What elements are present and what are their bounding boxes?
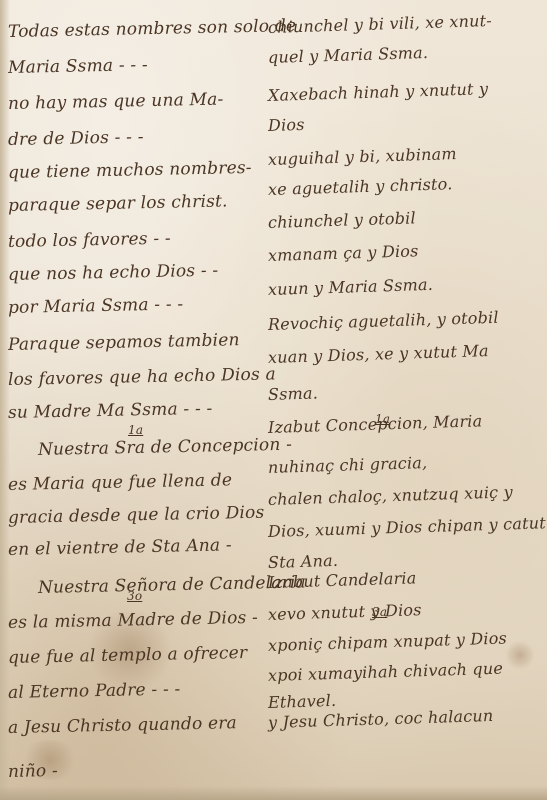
- manuscript-line-right: Dios: [268, 115, 305, 135]
- ordinal-mark: 3a: [372, 605, 547, 619]
- manuscript-line-left: Maria Ssma - - -: [8, 55, 148, 78]
- manuscript-line-right: nuhinaç chi gracia,: [268, 453, 428, 477]
- manuscript-line-left: gracia desde que la crio Dios: [8, 503, 265, 528]
- manuscript-line-right: xuan y Dios, xe y xutut Ma: [268, 341, 489, 367]
- manuscript-line-left: que tiene muchos nombres-: [8, 158, 252, 183]
- manuscript-line-left: es la misma Madre de Dios -: [8, 608, 258, 633]
- manuscript-line-left: que fue al templo a ofrecer: [8, 643, 248, 668]
- ink-stain: [505, 640, 535, 670]
- manuscript-line-right: Ssma.: [268, 383, 319, 404]
- manuscript-line-right: Dios, xuumi y Dios chipan y catut: [268, 513, 546, 541]
- manuscript-line-left: Nuestra Sra de Concepcion -: [38, 435, 292, 460]
- manuscript-page: Todas estas nombres son solo deMaria Ssm…: [0, 0, 547, 800]
- manuscript-line-right: chalen chaloç, xnutzuq xuiç y: [268, 482, 513, 509]
- manuscript-line-right: Ethavel.: [268, 691, 337, 712]
- manuscript-line-right: xponiç chipam xnupat y Dios: [268, 628, 508, 654]
- manuscript-line-left: no hay mas que una Ma-: [8, 89, 224, 114]
- manuscript-line-right: xuun y Maria Ssma.: [268, 275, 434, 299]
- manuscript-line-left: los favores que ha echo Dios a: [8, 364, 276, 390]
- manuscript-line-left: Paraque sepamos tambien: [8, 330, 240, 355]
- manuscript-line-right: xuguihal y bi, xubinam: [268, 144, 457, 169]
- manuscript-line-left: por Maria Ssma - - -: [8, 294, 184, 318]
- manuscript-line-right: Xaxebach hinah y xnutut y: [268, 79, 489, 105]
- manuscript-line-left: en el vientre de Sta Ana -: [8, 535, 232, 560]
- manuscript-line-right: quel y Maria Ssma.: [268, 43, 429, 67]
- manuscript-line-left: paraque separ los christ.: [8, 191, 228, 216]
- manuscript-line-left: dre de Dios - - -: [8, 127, 144, 150]
- manuscript-line-left: todo los favores - -: [8, 229, 171, 252]
- manuscript-line-left: a Jesu Christo quando era: [8, 713, 237, 738]
- ordinal-mark: 3o: [127, 589, 547, 603]
- ordinal-mark: 1a: [375, 412, 547, 426]
- manuscript-line-left: al Eterno Padre - - -: [8, 679, 181, 703]
- manuscript-line-left: su Madre Ma Ssma - - -: [8, 399, 213, 423]
- manuscript-line-left: niño -: [8, 761, 58, 782]
- manuscript-line-right: Revochiç aguetalih, y otobil: [268, 308, 499, 334]
- manuscript-line-right: Sta Ana.: [268, 551, 339, 572]
- manuscript-line-right: xpoi xumayihah chivach que: [268, 659, 504, 685]
- manuscript-line-left: es Maria que fue llena de: [8, 470, 233, 495]
- manuscript-line-right: xe aguetalih y christo.: [268, 174, 453, 199]
- manuscript-line-left: que nos ha echo Dios - -: [8, 261, 219, 285]
- manuscript-line-right: xmanam ça y Dios: [268, 241, 419, 265]
- manuscript-line-right: chiunchel y otobil: [268, 208, 416, 232]
